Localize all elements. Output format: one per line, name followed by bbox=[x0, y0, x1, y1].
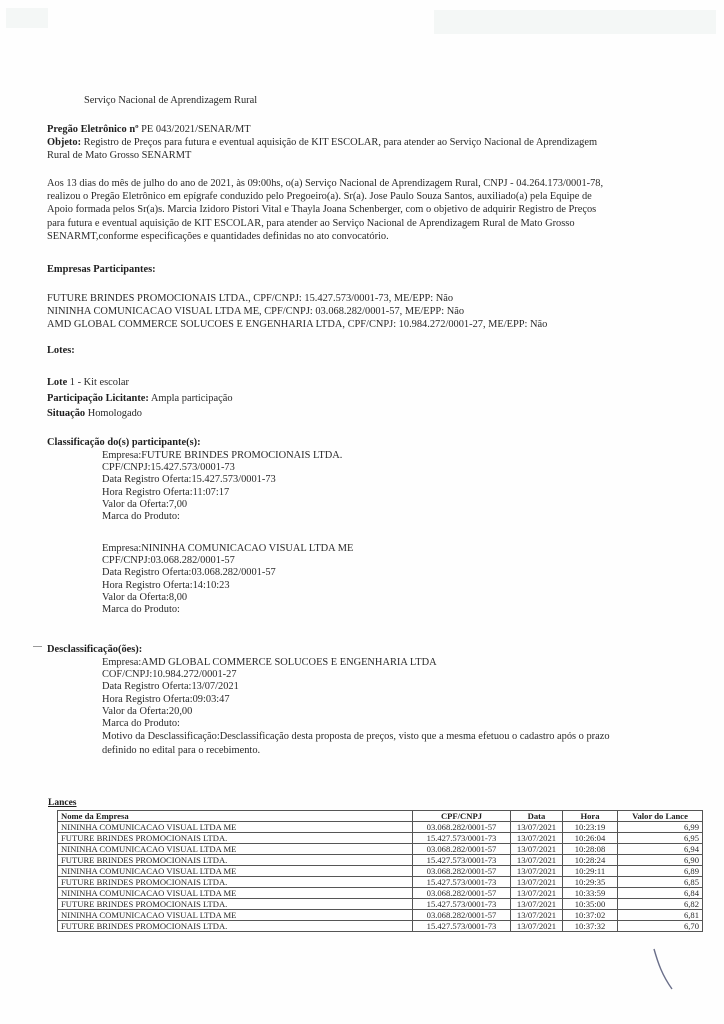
desclassificacao-title: Desclassificação(ões): bbox=[47, 644, 142, 655]
cell-cnpj: 15.427.573/0001-73 bbox=[413, 833, 511, 844]
col-header-nome: Nome da Empresa bbox=[58, 811, 413, 822]
participants-list: FUTURE BRINDES PROMOCIONAIS LTDA., CPF/C… bbox=[47, 292, 707, 331]
lote-value: 1 - Kit escolar bbox=[67, 377, 129, 388]
cell-hora: 10:29:35 bbox=[563, 877, 618, 888]
cell-nome: NININHA COMUNICACAO VISUAL LTDA ME bbox=[58, 888, 413, 899]
intro-line: para futura e eventual aquisição de KIT … bbox=[47, 217, 707, 230]
entry-line: Data Registro Oferta:03.068.282/0001-57 bbox=[102, 567, 353, 579]
entry-line: CPF/CNPJ:03.068.282/0001-57 bbox=[102, 555, 353, 567]
entry-line: Valor da Oferta:8,00 bbox=[102, 592, 353, 604]
scan-mark-left bbox=[6, 8, 48, 28]
cell-nome: NININHA COMUNICACAO VISUAL LTDA ME bbox=[58, 844, 413, 855]
cell-data: 13/07/2021 bbox=[511, 833, 563, 844]
lote-label: Lote bbox=[47, 377, 67, 388]
cell-data: 13/07/2021 bbox=[511, 921, 563, 932]
table-row: NININHA COMUNICACAO VISUAL LTDA ME03.068… bbox=[58, 910, 703, 921]
cell-data: 13/07/2021 bbox=[511, 877, 563, 888]
scan-mark-right bbox=[434, 10, 716, 34]
cell-valor: 6,81 bbox=[618, 910, 703, 921]
cell-hora: 10:26:04 bbox=[563, 833, 618, 844]
situacao-label: Situação bbox=[47, 408, 85, 419]
cell-data: 13/07/2021 bbox=[511, 855, 563, 866]
cell-cnpj: 03.068.282/0001-57 bbox=[413, 866, 511, 877]
participant-item: AMD GLOBAL COMMERCE SOLUCOES E ENGENHARI… bbox=[47, 318, 707, 331]
table-row: NININHA COMUNICACAO VISUAL LTDA ME03.068… bbox=[58, 888, 703, 899]
entry-line: Marca do Produto: bbox=[102, 604, 353, 616]
table-row: FUTURE BRINDES PROMOCIONAIS LTDA.15.427.… bbox=[58, 855, 703, 866]
entry-line: COF/CNPJ:10.984.272/0001-27 bbox=[102, 669, 610, 681]
entry-line: Motivo da Desclassificação:Desclassifica… bbox=[102, 731, 610, 743]
table-row: FUTURE BRINDES PROMOCIONAIS LTDA.15.427.… bbox=[58, 899, 703, 910]
dash-mark bbox=[33, 646, 42, 647]
classificacao-entry-2: Empresa:NININHA COMUNICACAO VISUAL LTDA … bbox=[102, 543, 353, 616]
cell-valor: 6,99 bbox=[618, 822, 703, 833]
cell-nome: FUTURE BRINDES PROMOCIONAIS LTDA. bbox=[58, 833, 413, 844]
col-header-valor: Valor do Lance bbox=[618, 811, 703, 822]
intro-line: realizou o Pregão Eletrônico em epígrafe… bbox=[47, 190, 707, 203]
entry-line: Empresa:AMD GLOBAL COMMERCE SOLUCOES E E… bbox=[102, 657, 610, 669]
table-row: NININHA COMUNICACAO VISUAL LTDA ME03.068… bbox=[58, 822, 703, 833]
cell-hora: 10:28:24 bbox=[563, 855, 618, 866]
cell-hora: 10:23:19 bbox=[563, 822, 618, 833]
cell-data: 13/07/2021 bbox=[511, 899, 563, 910]
entry-line: Empresa:FUTURE BRINDES PROMOCIONAIS LTDA… bbox=[102, 450, 342, 462]
intro-paragraph: Aos 13 dias do mês de julho do ano de 20… bbox=[47, 177, 707, 243]
table-row: FUTURE BRINDES PROMOCIONAIS LTDA.15.427.… bbox=[58, 921, 703, 932]
intro-line: SENARMT,conforme especificações e quanti… bbox=[47, 230, 707, 243]
cell-cnpj: 15.427.573/0001-73 bbox=[413, 855, 511, 866]
entry-line: Valor da Oferta:7,00 bbox=[102, 499, 342, 511]
cell-nome: NININHA COMUNICACAO VISUAL LTDA ME bbox=[58, 822, 413, 833]
objeto-label: Objeto: bbox=[47, 137, 81, 148]
pregao-line: Pregão Eletrônico nº PE 043/2021/SENAR/M… bbox=[47, 123, 251, 136]
table-row: NININHA COMUNICACAO VISUAL LTDA ME03.068… bbox=[58, 844, 703, 855]
intro-line: Aos 13 dias do mês de julho do ano de 20… bbox=[47, 177, 707, 190]
cell-valor: 6,95 bbox=[618, 833, 703, 844]
entry-line: Marca do Produto: bbox=[102, 718, 610, 730]
entry-line: Data Registro Oferta:15.427.573/0001-73 bbox=[102, 474, 342, 486]
cell-data: 13/07/2021 bbox=[511, 822, 563, 833]
entry-line: CPF/CNPJ:15.427.573/0001-73 bbox=[102, 462, 342, 474]
entry-line: Data Registro Oferta:13/07/2021 bbox=[102, 681, 610, 693]
cell-cnpj: 15.427.573/0001-73 bbox=[413, 921, 511, 932]
lote-line: Lote 1 - Kit escolar bbox=[47, 376, 129, 389]
cell-nome: FUTURE BRINDES PROMOCIONAIS LTDA. bbox=[58, 855, 413, 866]
entry-line: Empresa:NININHA COMUNICACAO VISUAL LTDA … bbox=[102, 543, 353, 555]
col-header-hora: Hora bbox=[563, 811, 618, 822]
cell-nome: FUTURE BRINDES PROMOCIONAIS LTDA. bbox=[58, 877, 413, 888]
lances-table: Nome da Empresa CPF/CNPJ Data Hora Valor… bbox=[57, 810, 703, 932]
entry-line: Valor da Oferta:20,00 bbox=[102, 706, 610, 718]
objeto-line-2: Rural de Mato Grosso SENARMT bbox=[47, 149, 191, 162]
participant-item: NININHA COMUNICACAO VISUAL LTDA ME, CPF/… bbox=[47, 305, 707, 318]
cell-hora: 10:33:59 bbox=[563, 888, 618, 899]
cell-hora: 10:29:11 bbox=[563, 866, 618, 877]
cell-nome: FUTURE BRINDES PROMOCIONAIS LTDA. bbox=[58, 921, 413, 932]
desclassificacao-entry: Empresa:AMD GLOBAL COMMERCE SOLUCOES E E… bbox=[102, 657, 610, 758]
cell-valor: 6,90 bbox=[618, 855, 703, 866]
signature-mark bbox=[650, 945, 680, 995]
cell-nome: NININHA COMUNICACAO VISUAL LTDA ME bbox=[58, 910, 413, 921]
table-header-row: Nome da Empresa CPF/CNPJ Data Hora Valor… bbox=[58, 811, 703, 822]
cell-data: 13/07/2021 bbox=[511, 866, 563, 877]
cell-cnpj: 03.068.282/0001-57 bbox=[413, 888, 511, 899]
cell-cnpj: 15.427.573/0001-73 bbox=[413, 899, 511, 910]
pregao-label: Pregão Eletrônico nº bbox=[47, 124, 139, 135]
participacao-line: Participação Licitante: Ampla participaç… bbox=[47, 392, 233, 405]
org-name: Serviço Nacional de Aprendizagem Rural bbox=[84, 95, 257, 106]
col-header-data: Data bbox=[511, 811, 563, 822]
cell-valor: 6,85 bbox=[618, 877, 703, 888]
classificacao-entry-1: Empresa:FUTURE BRINDES PROMOCIONAIS LTDA… bbox=[102, 450, 342, 523]
entry-line: Marca do Produto: bbox=[102, 511, 342, 523]
participacao-label: Participação Licitante: bbox=[47, 393, 149, 404]
entry-line: Hora Registro Oferta:09:03:47 bbox=[102, 694, 610, 706]
cell-nome: FUTURE BRINDES PROMOCIONAIS LTDA. bbox=[58, 899, 413, 910]
situacao-value: Homologado bbox=[85, 408, 142, 419]
cell-valor: 6,84 bbox=[618, 888, 703, 899]
entry-line: definido no edital para o recebimento. bbox=[102, 745, 610, 757]
entry-line: Hora Registro Oferta:11:07:17 bbox=[102, 487, 342, 499]
cell-valor: 6,82 bbox=[618, 899, 703, 910]
cell-data: 13/07/2021 bbox=[511, 888, 563, 899]
participacao-value: Ampla participação bbox=[149, 393, 233, 404]
intro-line: Apoio formada pelos Sr(a)s. Marcia Izido… bbox=[47, 203, 707, 216]
participant-item: FUTURE BRINDES PROMOCIONAIS LTDA., CPF/C… bbox=[47, 292, 707, 305]
cell-hora: 10:37:02 bbox=[563, 910, 618, 921]
cell-cnpj: 03.068.282/0001-57 bbox=[413, 844, 511, 855]
table-row: NININHA COMUNICACAO VISUAL LTDA ME03.068… bbox=[58, 866, 703, 877]
cell-nome: NININHA COMUNICACAO VISUAL LTDA ME bbox=[58, 866, 413, 877]
lances-title: Lances bbox=[48, 798, 77, 808]
cell-cnpj: 03.068.282/0001-57 bbox=[413, 910, 511, 921]
col-header-cnpj: CPF/CNPJ bbox=[413, 811, 511, 822]
situacao-line: Situação Homologado bbox=[47, 407, 142, 420]
entry-line: Hora Registro Oferta:14:10:23 bbox=[102, 580, 353, 592]
table-row: FUTURE BRINDES PROMOCIONAIS LTDA.15.427.… bbox=[58, 877, 703, 888]
cell-hora: 10:28:08 bbox=[563, 844, 618, 855]
cell-valor: 6,94 bbox=[618, 844, 703, 855]
cell-valor: 6,89 bbox=[618, 866, 703, 877]
participants-title: Empresas Participantes: bbox=[47, 264, 156, 275]
cell-cnpj: 15.427.573/0001-73 bbox=[413, 877, 511, 888]
cell-data: 13/07/2021 bbox=[511, 844, 563, 855]
pregao-value: PE 043/2021/SENAR/MT bbox=[139, 124, 251, 135]
cell-cnpj: 03.068.282/0001-57 bbox=[413, 822, 511, 833]
table-row: FUTURE BRINDES PROMOCIONAIS LTDA.15.427.… bbox=[58, 833, 703, 844]
lotes-title: Lotes: bbox=[47, 345, 75, 356]
objeto-line: Objeto: Registro de Preços para futura e… bbox=[47, 136, 597, 149]
objeto-value: Registro de Preços para futura e eventua… bbox=[81, 137, 597, 148]
cell-valor: 6,70 bbox=[618, 921, 703, 932]
cell-data: 13/07/2021 bbox=[511, 910, 563, 921]
classificacao-title: Classificação do(s) participante(s): bbox=[47, 437, 201, 448]
cell-hora: 10:35:00 bbox=[563, 899, 618, 910]
cell-hora: 10:37:32 bbox=[563, 921, 618, 932]
